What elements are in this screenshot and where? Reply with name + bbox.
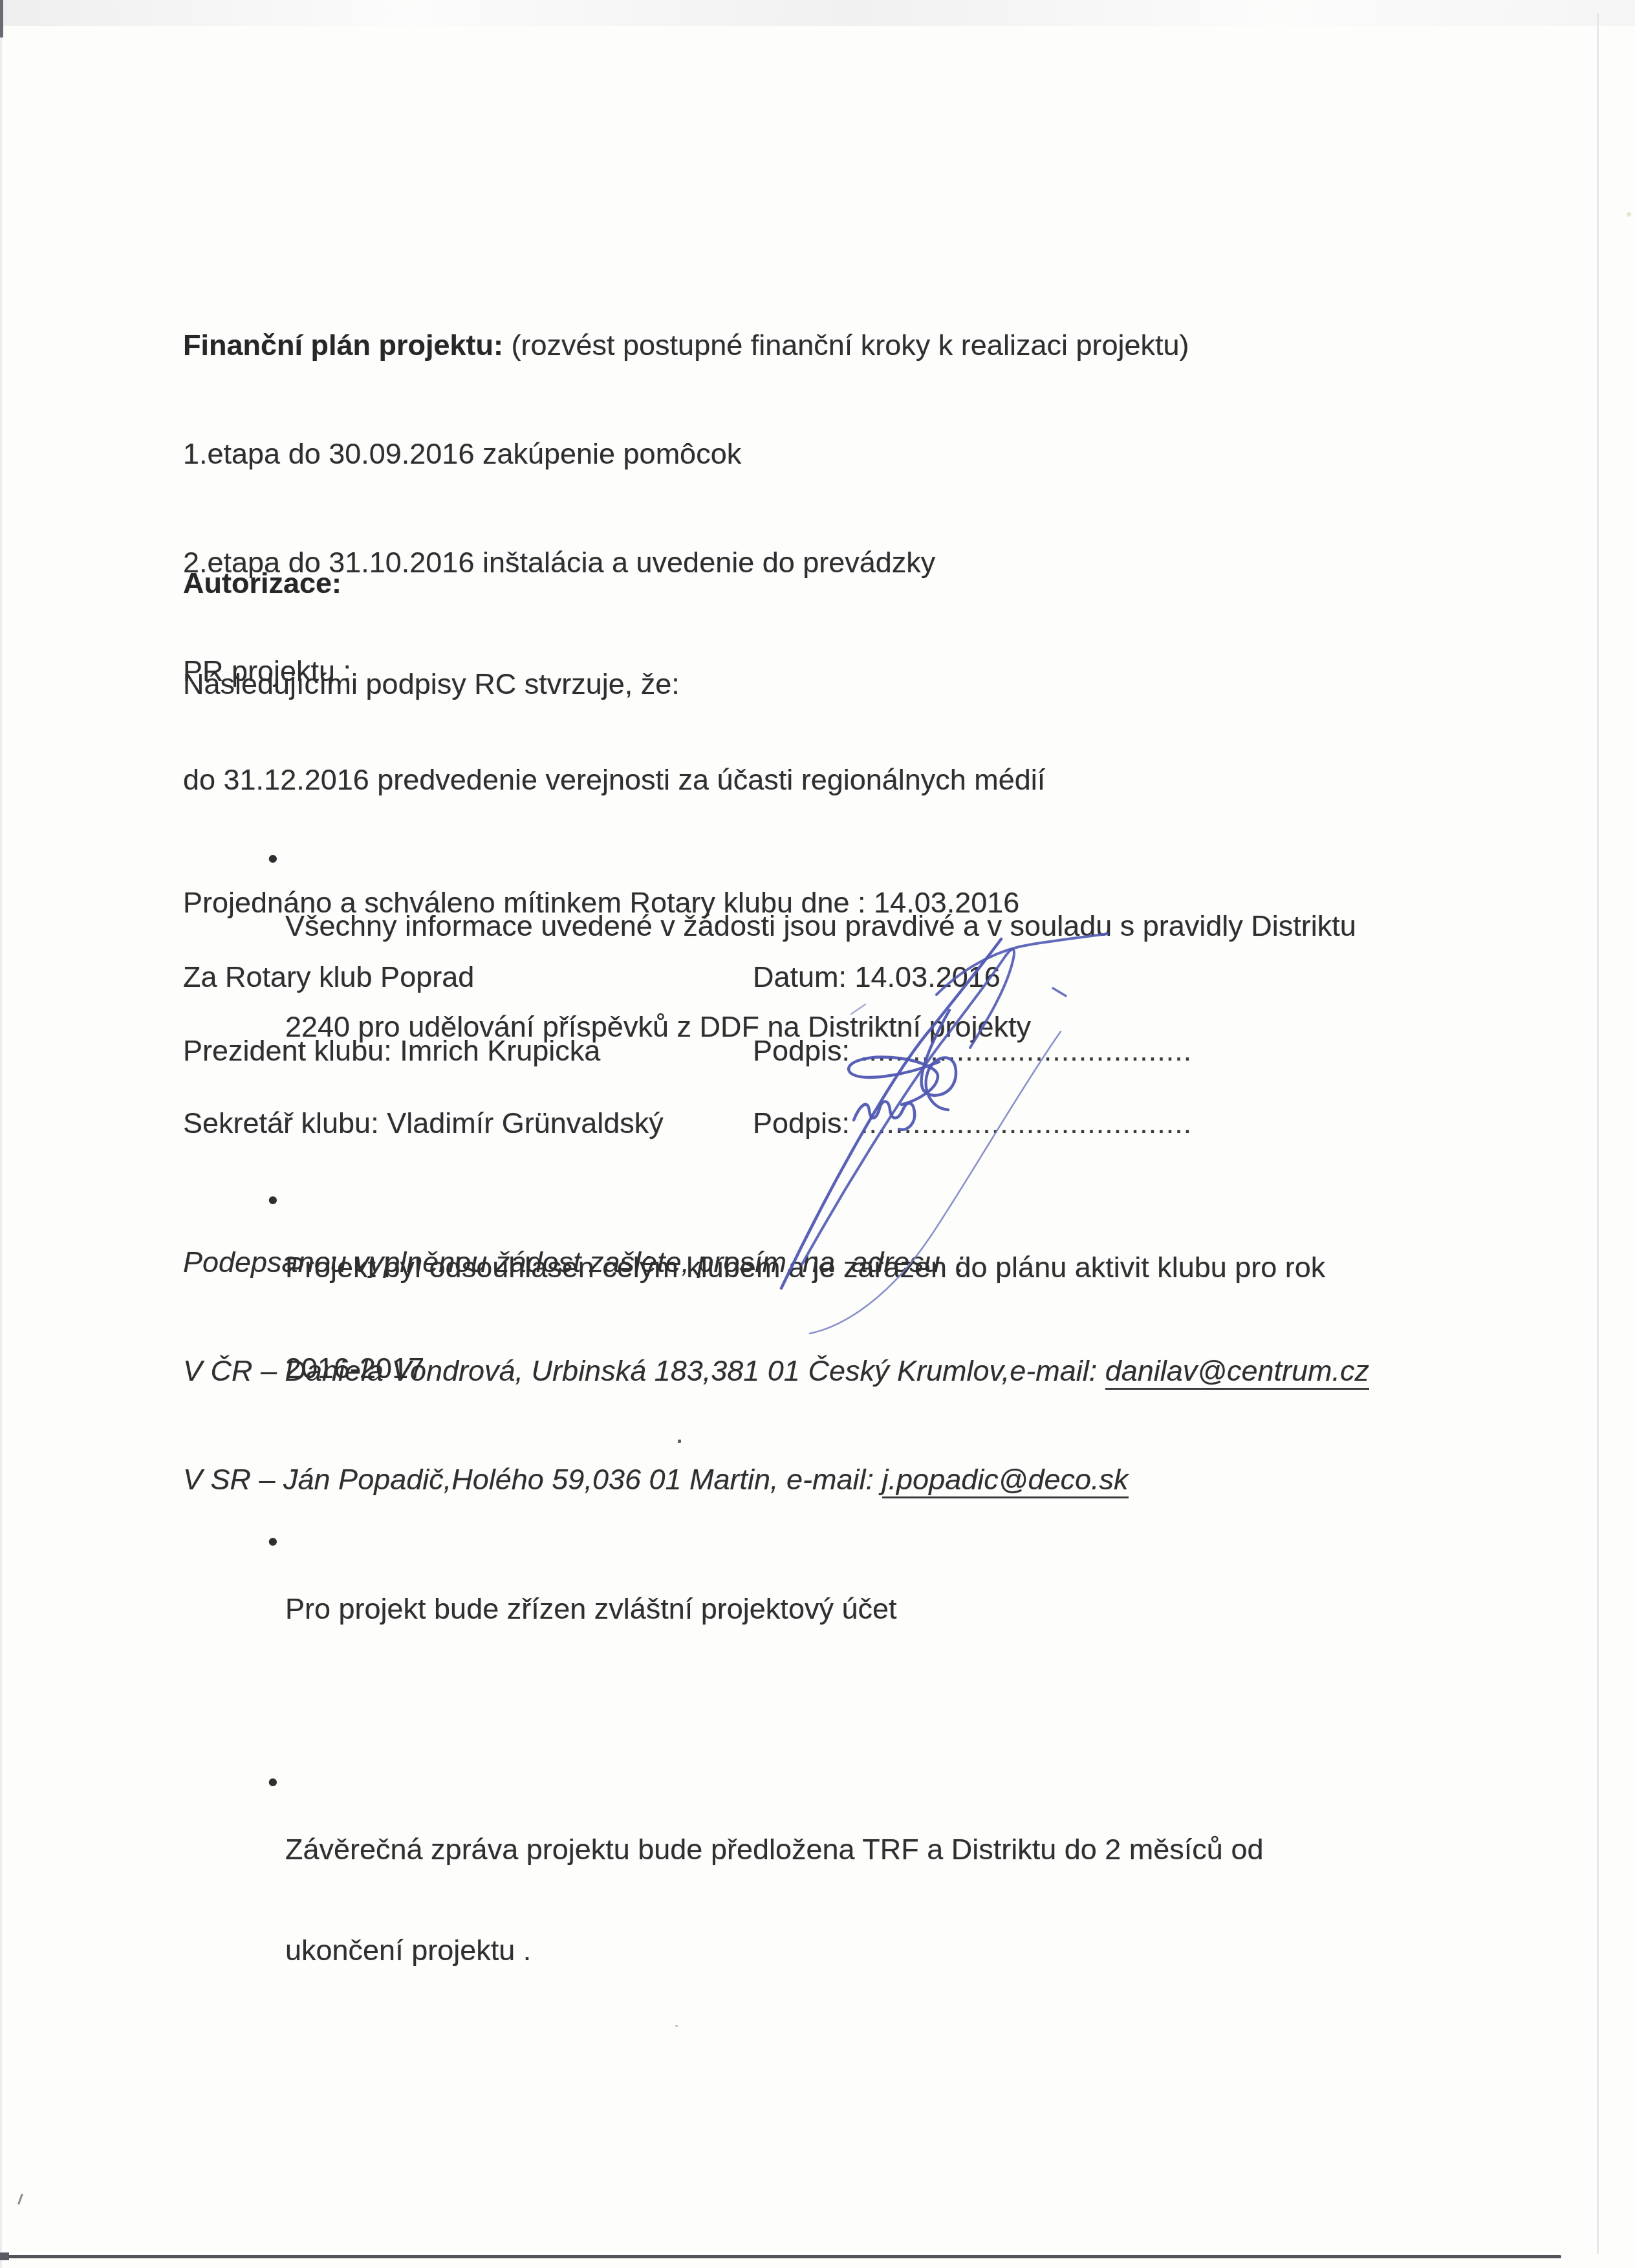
podpis-dots: ......................................: [860, 1034, 1192, 1067]
email-cr: danilav@centrum.cz: [1105, 1354, 1369, 1390]
scan-edge-bottom-corner: [0, 2252, 9, 2260]
scan-edge-top-left-sliver: [0, 0, 3, 38]
authorization-intro: Následujícími podpisy RC stvrzuje, že:: [183, 667, 1477, 701]
president-row: Prezident klubu: Imrich Krupicka Podpis:…: [183, 1033, 1541, 1072]
bullet-line: Závěrečná zpráva projektu bude předložen…: [285, 1833, 1477, 1866]
secretary-label: Sekretář klubu: Vladimír Grünvaldský: [183, 1105, 664, 1141]
podpis-label: Podpis:: [753, 1034, 850, 1067]
approval-line: Projednáno a schváleno mítinkem Rotary k…: [183, 886, 1541, 920]
mailing-instructions: Podepsanou vyplněnou žádost zašlete, pro…: [183, 1172, 1574, 1570]
address-line-cr: V ČR – Daniela Vondrová, Urbinská 183,38…: [183, 1353, 1574, 1389]
date-value: Datum: 14.03.2016: [753, 959, 1001, 995]
address-sr-text: V SR – Ján Popadič,Holého 59,036 01 Mart…: [183, 1463, 882, 1496]
podpis-field: Podpis:.................................…: [753, 1105, 1192, 1141]
scan-speck: [1627, 212, 1631, 217]
authorization-heading: Autorizace:: [183, 567, 1477, 600]
email-sr: j.popadic@deco.sk: [882, 1463, 1129, 1498]
podpis-dots: ......................................: [860, 1107, 1192, 1139]
bullet-item: • Závěrečná zpráva projektu bude předlož…: [268, 1766, 1477, 2035]
podpis-label: Podpis:: [753, 1107, 850, 1139]
secretary-row: Sekretář klubu: Vladimír Grünvaldský Pod…: [183, 1105, 1541, 1144]
bullet-line: ukončení projektu .: [285, 1934, 1477, 1967]
scan-edge-right: [1597, 13, 1599, 2254]
bullet-marker: •: [268, 1766, 285, 2035]
scan-speck: [17, 2194, 23, 2205]
scan-edge-left: [0, 0, 2, 2268]
club-label: Za Rotary klub Poprad: [183, 959, 474, 995]
footer-instruction: Podepsanou vyplněnou žádost zašlete, pro…: [183, 1244, 1574, 1280]
scanned-page: Finanční plán projektu: (rozvést postupn…: [0, 0, 1635, 2268]
president-label: Prezident klubu: Imrich Krupicka: [183, 1033, 600, 1069]
financial-plan-heading: Finanční plán projektu: (rozvést postupn…: [183, 327, 1444, 363]
bullet-text: Závěrečná zpráva projektu bude předložen…: [285, 1766, 1477, 2035]
financial-plan-heading-rest: (rozvést postupné finanční kroky k reali…: [503, 329, 1189, 362]
financial-plan-heading-bold: Finanční plán projektu:: [183, 329, 503, 362]
bullet-line: Pro projekt bude zřízen zvláštní projekt…: [285, 1592, 1477, 1626]
podpis-field: Podpis:.................................…: [753, 1033, 1192, 1069]
address-line-sr: V SR – Ján Popadič,Holého 59,036 01 Mart…: [183, 1462, 1574, 1498]
financial-plan-line: 1.etapa do 30.09.2016 zakúpenie pomôcok: [183, 436, 1444, 472]
scan-edge-bottom: [4, 2255, 1561, 2258]
address-cr-text: V ČR – Daniela Vondrová, Urbinská 183,38…: [183, 1354, 1105, 1387]
club-date-row: Za Rotary klub Poprad Datum: 14.03.2016: [183, 959, 1541, 998]
scan-noise-top: [0, 0, 1635, 26]
